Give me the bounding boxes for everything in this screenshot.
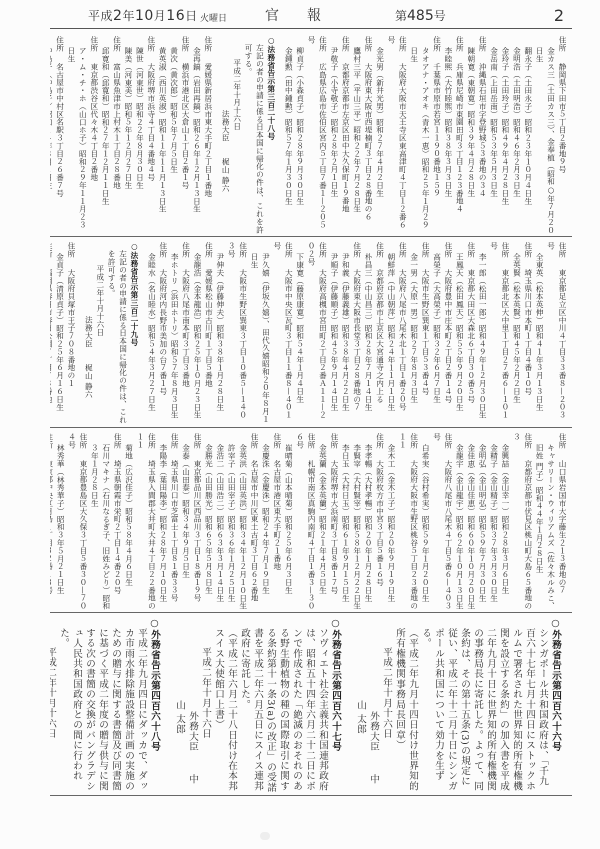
person-entry: 朝鮮萍（中山朝萍）昭和２４年１１月１日生 <box>386 242 397 425</box>
notice-date: 平成二年十月十六日 <box>50 618 57 793</box>
notice-body: シンガポール共和国政府は、「千九百六十七年七月十四日にストックホルムで署名された… <box>419 618 549 793</box>
address-line: 住所 大阪府東大阪市西堤楠町３丁目２８番地の６ <box>363 36 374 234</box>
address-text: 東京都豊島区大久保３丁目５番３０—７０４号 <box>68 433 88 610</box>
person-entry: 柳貞子（小森貞子）昭和２８年９月３０日生 <box>294 36 305 234</box>
person-entry: 金英洪（山田英洪）昭和３４年１２月１０日生 <box>237 433 248 610</box>
address-label: 住所 <box>204 242 213 266</box>
person-entry: 李陽李（葉田陽李）昭和２８年７月１０日生 <box>157 433 168 610</box>
address-line: 住所 大阪市生野区巽東１丁目５３番４号 <box>420 242 431 425</box>
address-text: 名古屋市中川区東土古町３丁目６２番地 <box>250 460 259 602</box>
address-line: 住所 大阪府八尾市八尾木北１丁目１番２０号 <box>397 242 408 425</box>
address-label: 住所 <box>501 242 510 266</box>
gazette-header: 平成2年10月16日 火曜日 官報 第485号 2 <box>50 4 572 29</box>
address-line: 住所 埼玉県朝霞市栄町２丁目１４番２０号 <box>112 433 123 610</box>
person-entry: 崔晴菊（山本晴菊）昭和２５年６月３日生 <box>283 433 294 610</box>
address-text: 京都府京都市左京区田中大久保町１９番地 <box>341 63 350 213</box>
address-label: 住所 <box>398 36 407 60</box>
address-text: 大阪府八尾市八尾木４丁目５番６—４０３号 <box>433 433 453 610</box>
notice-date: 平成二年十月十六日 <box>231 36 242 234</box>
person-entry: 金一男（大原一男）昭和２７年８月３日生 <box>408 242 419 425</box>
person-entry: 金英蘭（金本英蘭）昭和２１年４月５日生 <box>317 433 328 610</box>
address-label: 住所 <box>558 433 567 457</box>
person-entry: 尹久嬉（伊坂久嬉）、田代久嬉昭和２０年８月１日生 <box>249 242 272 425</box>
person-entry: 尹敬子（小寺敬子）昭和２８年２月１日生 <box>328 36 339 234</box>
signer-name: 梶山 静六 <box>84 364 93 398</box>
address-text: 愛媛県松山市古川町１丁目５番地 <box>204 269 213 388</box>
address-text: 福岡県春日市春日公園７丁目７３番地 <box>50 269 53 403</box>
address-text: 大阪府八尾市南本町３丁目３番地 <box>182 269 191 388</box>
tier-1-text: 住所 静岡県下田市５丁目２番地９号金カス三（土田カス三）、金奉植（昭和○年７月２… <box>50 34 572 236</box>
notice-date: 平成二年十月十六日 <box>380 618 393 793</box>
address-line: 住所 福岡県春日市春日公園７丁目７３番地 <box>50 242 54 425</box>
address-label: 住所 <box>444 433 453 457</box>
gazette-title: 官報 <box>265 5 349 25</box>
address-label: 住所 <box>364 36 373 60</box>
person-entry: 白希実（谷村希実）昭和５９年１月２０日生 <box>420 433 431 610</box>
notice-signer: 法務大臣 梶山 静六 <box>83 242 94 425</box>
address-line: 住所 大阪府堺市大浜南町３丁目８番１７号 <box>328 433 339 610</box>
address-line: 住所 東京都北区大中里１丁目２７番６—１０１号 <box>488 242 511 425</box>
person-entry: 朴昌三（中山昌三）昭和２８年７月１４日生 <box>363 242 374 425</box>
person-entry: 李一郎（松田一郎）昭和４９年１２月３０日生 <box>477 242 488 425</box>
address-text: 静岡県下田市５丁目２番地９号 <box>558 63 567 174</box>
notice-body: 平成二年九月四日にダッカで、ダッカ市雨水排除施設整備計画の実施のための贈与に関す… <box>57 618 148 793</box>
scan-mark <box>260 832 270 840</box>
address-text: 大阪府東大阪市西堤楠町３丁目２８番地の６ <box>364 63 373 221</box>
tier-4: ○外務省告示第四百六十六号シンガポール共和国政府は、「千九百六十七年七月十四日に… <box>50 616 572 796</box>
address-text: 大阪府河内長野市美加の台７番１号 <box>159 269 168 395</box>
person-entry: キャサリーン・ウィリアムズ（佐々木ルみこ、旧姓 門子）昭和４４年１月２８日生 <box>534 433 557 610</box>
address-label: 住所 <box>558 36 567 60</box>
address-line: 住所 富山県魚津市上村木１丁目２８番地 <box>111 36 122 234</box>
address-line: 住所 埼玉県川口市芝富士１丁目８１番３３号 <box>169 433 180 610</box>
person-entry: 黄次（黄次郎）昭和５年７月５日生 <box>168 36 179 234</box>
person-entry: 尹和義（伊藤義雄）昭和３８年４月２２日生 <box>340 242 351 425</box>
person-entry: 金浩二（山田浩二）昭和６３年３月１４日生 <box>214 433 225 610</box>
address-line: 住所 静岡県下田市５丁目２番地９号 <box>557 36 568 234</box>
address-label: 住所 <box>250 433 259 457</box>
notice-heading: ○外務省告示第四百六十七号 <box>329 618 342 793</box>
address-label: 住所 <box>147 433 156 457</box>
address-text: 兵庫県尼崎市東園田町３丁目１２３番地４ <box>455 63 464 213</box>
tier-4-text: ○外務省告示第四百六十六号シンガポール共和国政府は、「千九百六十七年七月十四日に… <box>50 616 572 795</box>
signer-title: 外務大臣 <box>187 711 198 762</box>
address-text: 京都府京都市伏見区桃山町大島６５番地の３ <box>512 433 532 610</box>
person-entry: 金睦水（名山睦水）昭和５４年３月２７日生 <box>146 242 157 425</box>
person-entry: 中島子（中島子）昭和１４年３月１日生 <box>50 36 54 234</box>
person-entry: 李孝暢（大村孝暢）昭和２０年１月２８日生 <box>363 433 374 610</box>
address-text: 埼玉県朝霞市栄町２丁目１４番２０号 <box>113 460 122 594</box>
address-line: 住所 札幌市南区真駒内南町４丁目１番３—３０６号 <box>294 433 317 610</box>
address-text: 名古屋市港区東大手町２１番地 <box>273 460 282 571</box>
notice-body: 左記の者の申請に係る日本国に帰化の件は、これを許可する。 <box>106 242 129 425</box>
person-entry: 金泰（山田泰）昭和３４年９月５日生 <box>180 433 191 610</box>
notice-body: ソヴィエト社会主義共和国連邦政府は、昭和五十四年六月二十二日にボンで作成された「… <box>238 618 329 793</box>
person-entry: 全東英（松本英伸）昭和４１年３月１３日生 <box>534 242 545 425</box>
address-text: 埼玉県川口市芝富士１丁目８１番３３号 <box>170 460 179 602</box>
person-entry: 陳朝寛（東朝寛）昭和３９年４月２８日生 <box>465 36 476 234</box>
person-entry: 翻永子（土田永子）昭和２３年１０月４日生 <box>522 36 533 234</box>
address-text: 横浜市港北区大倉山１丁目２番１号 <box>181 63 190 189</box>
address-line: 住所 大阪市生野区巽東３丁目１０番５—１４０３号 <box>226 242 249 425</box>
address-line: 住所 大阪市中央区瓦町３丁目１１番８—４０１号 <box>271 242 294 425</box>
notice-heading: ○外務省告示第四百六十六号 <box>549 618 562 793</box>
spacer <box>562 618 568 793</box>
tier-1: 住所 静岡県下田市５丁目２番地９号金カス三（土田カス三）、金奉植（昭和○年７月２… <box>50 34 572 237</box>
address-label: 住所 <box>79 433 88 457</box>
address-label: 住所 <box>410 433 419 457</box>
person-entry: 下康寛（藤原康寛）昭和５４年１月４日生 <box>294 242 305 425</box>
address-line: 住所 京都府京都市伏見区桃山町大島６５番地の３ <box>511 433 534 610</box>
address-label: 住所 <box>330 433 339 457</box>
person-entry: ア・ム・チ・ホ（山口ホ子）昭和２９年１１月２３日生 <box>66 36 89 234</box>
person-entry: 李睦煕（大竹睦煕）昭和３８年３月３日生 <box>443 36 454 234</box>
address-line: 住所 大阪府八尾市八尾木４丁目５番６—４０３号 <box>431 433 454 610</box>
person-entry: 全英賢（松本英賢）昭和４５年２月２日生 <box>511 242 522 425</box>
address-line: 住所 大阪府高槻市宮田町２丁目２番Ａ１１—２０２号 <box>306 242 329 425</box>
notice-source-note: （平成二年六月二十八日付け在本邦スイス大使館口上書） <box>212 618 238 793</box>
person-entry: 陳美（河東美）昭和５年１２月２７日生 <box>123 36 134 234</box>
spacer <box>161 618 167 793</box>
address-line: 住所 京都府京都市上京区大宮通寺之内上る <box>374 242 385 425</box>
address-text: 大阪市中央区瓦町３丁目１１番８—４０１号 <box>273 242 293 419</box>
signer-title: 法務大臣 <box>84 316 93 356</box>
person-entry: 金貞子（清原貞子）昭和２５年６月１６日生 <box>54 242 65 425</box>
address-text: 大阪府枚方市中宮３丁目５番１６号 <box>376 460 385 586</box>
person-entry: 李ホトリ（浜田ホトリ）昭和５７年８月３日生 <box>169 242 180 425</box>
address-text: 東京都足立区中川４丁目３３番８—２０３号 <box>547 242 567 419</box>
person-entry: 金再鎬（岩田再鎬）昭和２６年１２月１３日生 <box>191 36 202 234</box>
address-line: 住所 大阪府豊中市庄本町２丁目２番１４号 <box>443 242 454 425</box>
person-entry: 李賢宰（大村賢宰）昭和５８年１２月２２日生 <box>351 433 362 610</box>
person-entry: 金カス三（土田カス三）、金奉植（昭和○年７月２０日生 <box>534 36 557 234</box>
issue-number: 第485号 <box>395 7 446 24</box>
address-line: 住所 名古屋市港区東大手町２１番地 <box>271 433 282 610</box>
person-entry: 金精子（金山精子）昭和３７年３月３０日生 <box>488 433 499 610</box>
address-line: 住所 大阪府枚方市中宮３丁目５番１６号 <box>374 433 385 610</box>
address-label: 住所 <box>50 433 54 457</box>
address-text: 大阪府八尾市八尾木北１丁目１番２０号 <box>398 269 407 411</box>
address-label: 住所 <box>318 36 327 60</box>
notice-heading: ○法務省告示第三百二十八号 <box>265 36 276 234</box>
person-entry: 金佳恵（金山佳恵）昭和６０年１０月２０日生 <box>465 433 476 610</box>
address-line: 住所 東京都足立区中川４丁目３３番８—２０３号 <box>545 242 568 425</box>
issue-date: 平成2年10月16日 <box>88 7 198 24</box>
address-text: 大阪府大阪市天王寺区東高津町４丁目１２番６号 <box>387 36 407 229</box>
address-text: 埼玉県入間郡大井町大井４丁目２２番地の１１ <box>136 433 156 610</box>
person-entry: 金慶洙（金慶洙）昭和２４年７月１９日生 <box>260 433 271 610</box>
notice-source-note: （平成二年九月十四日付け世界知的所有権機関事務局長回章） <box>393 618 419 793</box>
person-entry: 金勝光（山田勝光）昭和６５年５月８日生 <box>203 433 214 610</box>
address-text: 東京都中央区月島１丁目３２番１３号 <box>50 460 54 594</box>
person-entry: 金明弘（金山明弘）昭和５９年７月３０日生 <box>477 433 488 610</box>
notice-signer: 法務大臣 梶山 静六 <box>220 36 231 234</box>
address-label: 住所 <box>170 433 179 457</box>
address-text: 広島県広島市佐伯区宮内５丁目７番１—２０５号 <box>307 36 327 229</box>
person-entry: 金鍾勲（田中鍾勲）昭和５７年１月３０日生 <box>283 36 294 234</box>
address-line: 住所 埼玉県入間郡大井町大井４丁目２２番地の１１ <box>135 433 158 610</box>
address-label: 住所 <box>90 36 99 60</box>
notice-signer: 外務大臣 中山 太郎 <box>354 618 380 793</box>
address-text: 東京都品川区西品川３丁目１８番１９号 <box>193 460 202 602</box>
address-label: 住所 <box>113 36 122 60</box>
address-line: 住所 横浜市港北区大倉山１丁目２番１号 <box>180 36 191 234</box>
address-line: 住所 京都府京都市左京区田中大久保町１９番地 <box>340 36 351 234</box>
address-label: 住所 <box>376 242 385 266</box>
notice-signer: 外務大臣 中山 太郎 <box>173 618 199 793</box>
address-line: 住所 大阪府大阪市生野区桃谷５丁目２３番地の１１ <box>397 433 420 610</box>
weekday: 火曜日 <box>200 11 227 24</box>
address-text: 名古屋市中村区名駅３丁目２６番７号 <box>56 63 65 197</box>
address-line: 住所 大阪府河内長野市美加の台７番１号 <box>157 242 168 425</box>
address-label: 住所 <box>182 242 191 266</box>
address-label: 住所 <box>50 242 53 266</box>
person-entry: 金玲子（土田玲子）昭和４９年４月２８日生 <box>500 36 511 234</box>
address-text: 大阪府東大阪市長堂３丁目２８番地の７ <box>353 269 362 411</box>
address-text: 沖縄県石垣市字登野城５３番地の３４ <box>478 63 487 197</box>
address-line: 住所 大阪府貝塚市王子７０８番地の１ <box>66 242 77 425</box>
address-line: 住所 東京都中央区月島１丁目３２番１３号 <box>50 433 55 610</box>
address-text: 京都府京都市上京区大宮通寺之内上る <box>376 269 385 403</box>
address-label: 住所 <box>444 242 453 266</box>
person-entry: 金龍宇（金山龍宇）昭和６２年１０月１３日生 <box>454 433 465 610</box>
person-entry: 金木工（金木工子）昭和２０年９月１９日生 <box>386 433 397 610</box>
address-line: 住所 沖縄県石垣市字登野城５３番地の３４ <box>477 36 488 234</box>
address-label: 住所 <box>147 36 156 60</box>
address-line: 住所 東京都大田区大森北６丁目３０番５号 <box>465 242 476 425</box>
person-entry: 陳世（河東世）昭和２２年８月３０日生 <box>134 36 145 234</box>
address-text: 大阪市生野区巽東１丁目５３番４号 <box>421 269 430 395</box>
address-text: 大阪府貝塚市王子７０８番地の１ <box>67 269 76 388</box>
address-line: 住所 愛媛県松山市古川町１丁目５番地 <box>203 242 214 425</box>
address-label: 住所 <box>56 36 65 60</box>
notice-heading: ○法務省告示第三百二十九号 <box>129 242 140 425</box>
address-text: 東京都大田区大森北６丁目３０番５号 <box>467 269 476 403</box>
address-label: 住所 <box>455 36 464 60</box>
address-text: 山口県岩国市大字藤生２１３番地の７ <box>558 460 567 594</box>
address-line: 住所 大阪府八尾市南本町３丁目３番地 <box>180 242 191 425</box>
person-entry: 林秀華（林秀華子）昭和３年５月２１日生 <box>55 433 66 610</box>
person-entry: タオアナ・アオキ（青木一恵）昭和２５年１月２９日生 <box>408 36 431 234</box>
person-entry: 李日玉（大村日玉）昭和６１年９月１５日生 <box>340 433 351 610</box>
address-label: 住所 <box>307 433 316 457</box>
person-entry: 菊地（広沢佳子）昭和５８年４月６日生 <box>123 433 134 610</box>
person-entry: 金光男（新井光男）昭和２７年４月２日生 <box>374 36 385 234</box>
address-line: 住所 兵庫県尼崎市東園田町３丁目１２３番地４ <box>454 36 465 234</box>
signer-name: 梶山 静六 <box>221 158 230 192</box>
person-entry: 金明浩（土田明浩）昭和４６年２月３日生 <box>511 36 522 234</box>
address-text: 東京都渋谷区代々木４丁目２番地 <box>90 63 99 182</box>
address-label: 住所 <box>467 242 476 266</box>
person-entry: 金興喆（金山幸一）昭和２８年３月６日生 <box>500 433 511 610</box>
signer-title: 外務大臣 <box>368 711 379 762</box>
address-line: 住所 埼玉県川口市本町１丁目４番１０号 <box>522 242 533 425</box>
address-label: 住所 <box>318 242 327 266</box>
person-entry: 金龍浩（金本龍浩）昭和２５年１０月２３日生 <box>192 242 203 425</box>
address-label: 住所 <box>273 433 282 457</box>
tier-2: 住所 東京都足立区中川４丁目３３番８—２０３号全東英（松本英伸）昭和４１年３月１… <box>50 240 572 428</box>
address-line: 住所 山口県岩国市大字藤生２１３番地の７ <box>557 433 568 610</box>
address-label: 住所 <box>239 242 248 266</box>
address-line: 住所 千葉県市原市若宮１１９０番地１５９ <box>431 36 442 234</box>
spacer <box>342 618 348 793</box>
spacer <box>214 36 220 234</box>
address-label: 住所 <box>181 36 190 60</box>
address-line: 住所 大阪府東大阪市長堂３丁目２８番地の７ <box>351 242 362 425</box>
address-text: 埼玉県川口市本町１丁目４番１０号 <box>524 269 533 395</box>
address-text: 千葉県市原市若宮１１９０番地１５９ <box>433 63 442 197</box>
address-label: 住所 <box>421 242 430 266</box>
address-line: 住所 広島県広島市佐伯区宮内５丁目７番１—２０５号 <box>306 36 329 234</box>
address-label: 住所 <box>159 242 168 266</box>
address-label: 住所 <box>353 242 362 266</box>
address-text: 愛媛県新居浜市東大手町２丁目１番地 <box>204 63 213 197</box>
person-entry: 尹伸夫（伊藤伸夫）昭和３８年１月２８日生 <box>214 242 225 425</box>
address-line: 住所 愛媛県新居浜市東大手町２丁目１番地 <box>202 36 213 234</box>
address-label: 住所 <box>524 433 533 457</box>
address-label: 住所 <box>204 36 213 60</box>
address-line: 住所 東京都渋谷区代々木４丁目２番地 <box>88 36 99 234</box>
person-entry: 王鳳天（松田鳳天）昭和５５年９月２０日生 <box>454 242 465 425</box>
address-line: 住所 東京都品川区西品川３丁目１８番１９号 <box>192 433 203 610</box>
person-entry: 黄英淑（西川英淑）昭和１１年１１月１３日生 <box>157 36 168 234</box>
tier-2-text: 住所 東京都足立区中川４丁目３３番８—２０３号全東英（松本英伸）昭和４１年３月１… <box>50 240 572 427</box>
address-text: 大阪府高槻市宮田町２丁目２番Ａ１１—２０２号 <box>307 242 327 419</box>
notice-heading: ○外務省告示第四百六十八号 <box>148 618 161 793</box>
person-entry: 石川マキナ（石川なるぎ子、旧姓みどり）昭和３年１月２８日生 <box>89 433 112 610</box>
address-line: 住所 大阪府大阪市天王寺区東高津町４丁目１２番６号 <box>386 36 409 234</box>
tier-3: 住所 山口県岩国市大字藤生２１３番地の７キャサリーン・ウィリアムズ（佐々木ルみこ… <box>50 431 572 613</box>
address-label: 住所 <box>113 433 122 457</box>
address-label: 住所 <box>284 242 293 266</box>
person-entry: 鷹村三平（平山三平）昭和２２年７月２８日生 <box>351 36 362 234</box>
notice-date: 平成二年十月十六日 <box>94 242 105 425</box>
address-line: 住所 大阪府堺市浜寺４丁目４番地４号 <box>145 36 156 234</box>
person-entry: 高榮子（大高榮子）昭和３２年６月７日生 <box>431 242 442 425</box>
signer-title: 法務大臣 <box>221 110 230 150</box>
person-entry: 許宰子（山田宰子）昭和３６年１月２５日生 <box>226 433 237 610</box>
notice-date: 平成二年十月十六日 <box>199 618 212 793</box>
address-label: 住所 <box>376 433 385 457</box>
address-text: 大阪市生野区巽東３丁目１０番５—１４０３号 <box>227 242 247 419</box>
person-entry: 金岳南（上田岳南）昭和５３年５月３日生 <box>488 36 499 234</box>
address-label: 住所 <box>398 242 407 266</box>
page-number: 2 <box>554 6 564 25</box>
address-text: 札幌市南区真駒内南町４丁目１番３—３０６号 <box>296 433 316 610</box>
address-line: 住所 東京都豊島区大久保３丁目５番３０—７０４号 <box>66 433 89 610</box>
address-text: 大阪府堺市浜寺４丁目４番地４号 <box>147 63 156 182</box>
address-text: 大阪府豊中市庄本町２丁目２番１４号 <box>444 269 453 403</box>
address-label: 住所 <box>478 36 487 60</box>
address-label: 住所 <box>558 242 567 266</box>
address-text: 大阪府大阪市生野区桃谷５丁目２３番地の１１ <box>398 433 418 610</box>
address-text: 富山県魚津市上村木１丁目２８番地 <box>113 63 122 189</box>
person-entry: 尹順子（伊藤順子）昭和４５年９月１４日生 <box>328 242 339 425</box>
tier-3-text: 住所 山口県岩国市大字藤生２１３番地の７キャサリーン・ウィリアムズ（佐々木ルみこ… <box>50 431 572 612</box>
person-entry: 邱寛和（邱寛和）昭和２７年１２月１１日生 <box>100 36 111 234</box>
address-text: 東京都北区大中里１丁目２７番６—１０１号 <box>490 242 510 419</box>
spacer <box>277 36 283 234</box>
address-label: 住所 <box>67 242 76 266</box>
address-line: 住所 名古屋市中村区名駅３丁目２６番７号 <box>54 36 65 234</box>
address-label: 住所 <box>433 36 442 60</box>
address-label: 住所 <box>341 36 350 60</box>
address-label: 住所 <box>193 433 202 457</box>
address-text: 大阪府堺市大浜南町３丁目８番１７号 <box>330 460 339 594</box>
address-label: 住所 <box>524 242 533 266</box>
address-line: 住所 名古屋市中川区東土古町３丁目６２番地 <box>249 433 260 610</box>
notice-body: 左記の者の申請に係る日本国に帰化の件は、これを許可する。 <box>243 36 266 234</box>
